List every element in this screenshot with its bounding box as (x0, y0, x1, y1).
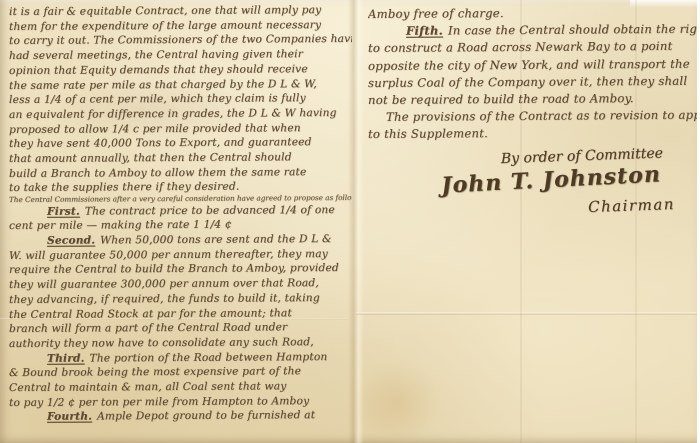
manuscript-line: to this Supplement. (368, 124, 697, 143)
manuscript-line: authority they now have to consolidate a… (9, 335, 352, 352)
closing-block: By order of Committee John T. Johnston C… (368, 150, 697, 218)
manuscript-line: opposite the city of New York, and will … (368, 55, 697, 74)
paragraph-lead: Fifth. (406, 24, 443, 38)
manuscript-right-page: Amboy free of charge.Fifth.In case the C… (356, 0, 697, 443)
paragraph-lead: Fourth. (47, 411, 92, 423)
manuscript-line: an equivalent for difference in grades, … (9, 106, 352, 123)
paragraph-lead: Third. (47, 352, 85, 364)
right-page-text: Amboy free of charge.Fifth.In case the C… (368, 6, 697, 144)
paragraph-lead: First. (47, 205, 80, 217)
manuscript-line: opinion that Equity demands that they sh… (9, 62, 352, 79)
manuscript-line: it is a fair & equitable Contract, one t… (9, 3, 352, 20)
paragraph-lead: Second. (47, 235, 95, 247)
manuscript-line: that amount annually, that then the Cent… (9, 150, 352, 167)
manuscript-photo: it is a fair & equitable Contract, one t… (0, 0, 700, 443)
manuscript-line: to construct a Road across Newark Bay to… (368, 38, 697, 57)
left-page-text: it is a fair & equitable Contract, one t… (9, 5, 352, 425)
manuscript-line: Fourth.Ample Depot ground to be furnishe… (9, 408, 352, 425)
manuscript-left-page: it is a fair & equitable Contract, one t… (0, 0, 352, 443)
manuscript-line: they advancing, if required, the funds t… (9, 291, 352, 308)
